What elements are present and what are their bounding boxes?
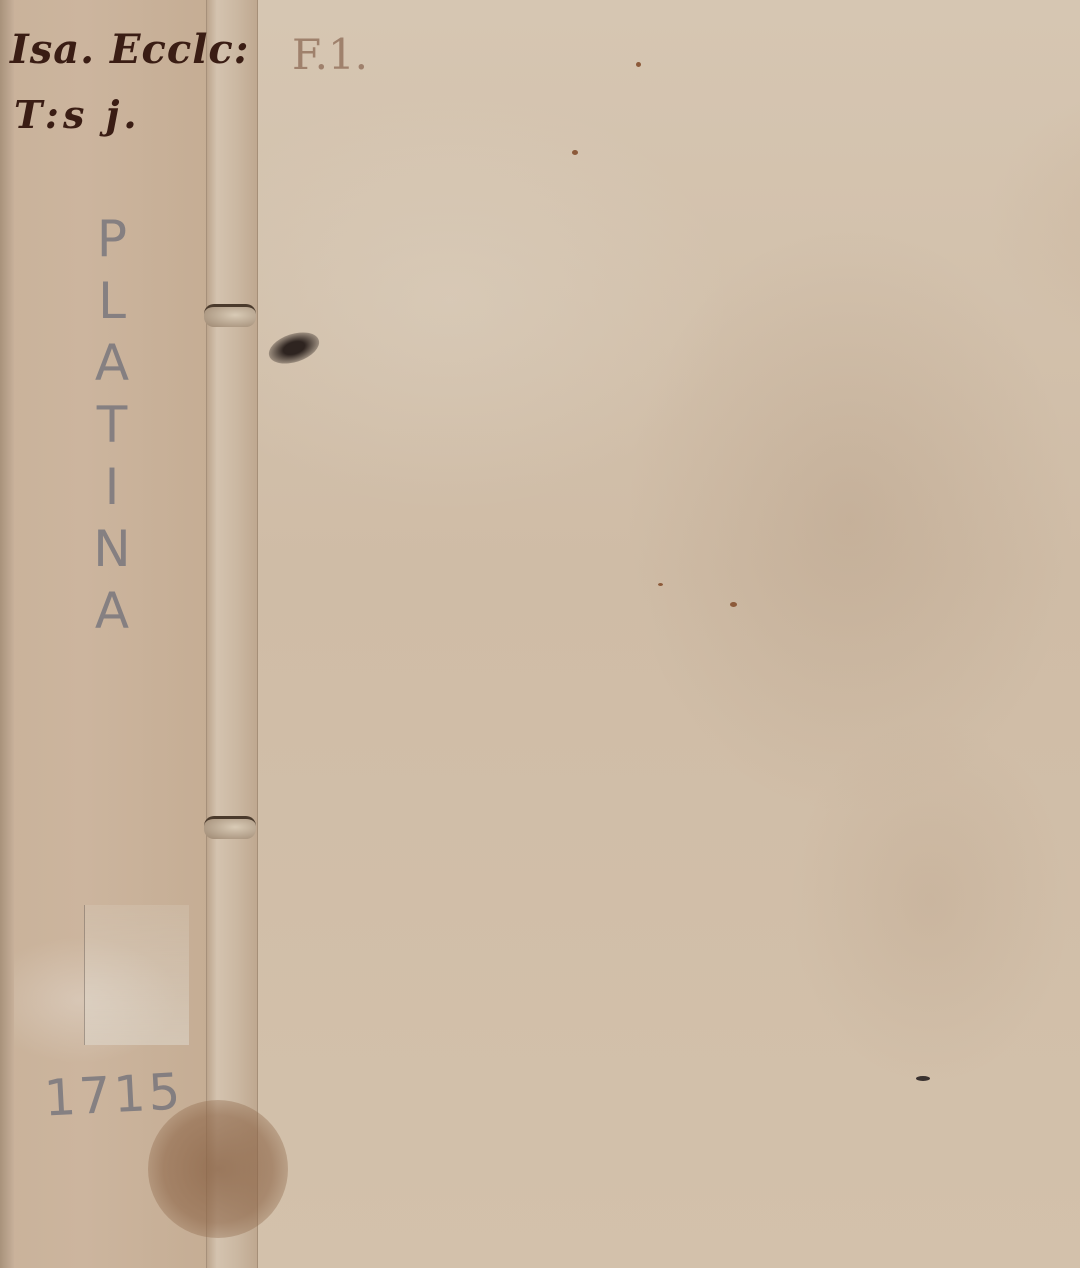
book-photo: Isa. Ecclc: T:s j. F.1. PLATINA 1715: [0, 0, 1080, 1268]
foxing-spot: [916, 1076, 930, 1081]
shelfmark: F.1.: [292, 30, 368, 79]
foxing-spot: [658, 583, 663, 586]
faded-spine-label: [84, 905, 189, 1045]
spine-ink-volume: T:s j.: [14, 92, 141, 137]
binding-tie-bottom: [204, 816, 256, 839]
foxing-spot: [730, 602, 737, 607]
foxing-spot: [572, 150, 578, 155]
spine-hinge: [206, 0, 258, 1268]
spine-pencil-year: 1715: [43, 1062, 185, 1127]
binding-tie-top: [204, 304, 256, 327]
spine-edge: [0, 0, 14, 1268]
spine-ink-title: Isa. Ecclc:: [10, 26, 250, 73]
foxing-spot: [636, 62, 641, 67]
spine-pencil-title: PLATINA: [78, 210, 138, 644]
back-cover-board: [250, 0, 1080, 1268]
